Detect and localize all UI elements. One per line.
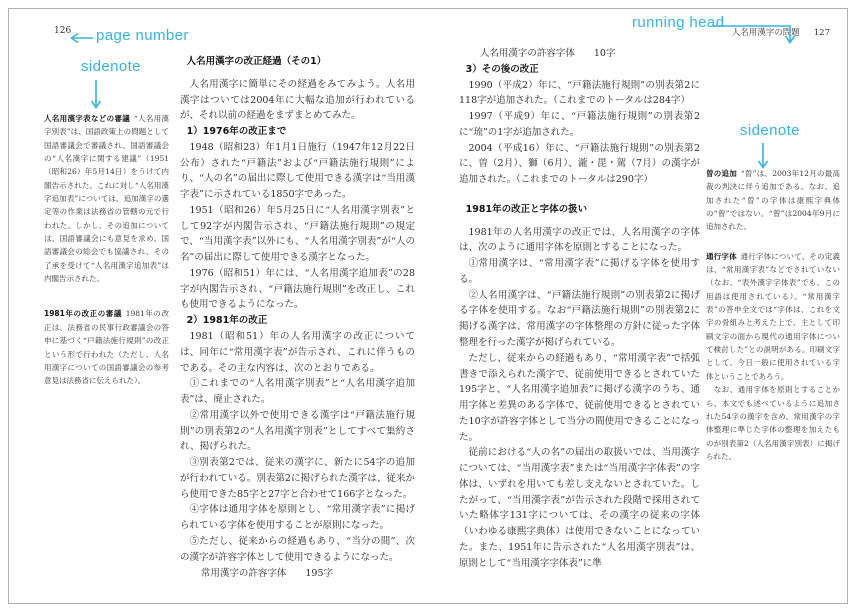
annotation-sidenote-left-label: sidenote (81, 58, 141, 75)
sidenote-column-right: 曽の追加“曽”は、2003年12月の最高裁の判決に伴う追加である。なお、追加され… (706, 167, 840, 463)
sidenote-term: 人名用漢字表などの審議 (44, 114, 130, 123)
page-number-right: 127 (814, 28, 830, 38)
sidenote-term: 通行字体 (706, 252, 737, 261)
main-text-column-left: 人名用漢字の改正経過（その1）人名用漢字に簡単にその経過をみてみよう。人名用漢字… (180, 54, 415, 581)
annotation-page-number-label: page number (96, 27, 189, 44)
text-block-p: ①これまでの“人名用漢字別表”と“人名用漢字追加表”は、廃止された。 (180, 376, 415, 408)
sidenote-term: 1981年の改正の審議 (44, 309, 122, 318)
text-block-subhead: 1）1976年の改正まで (180, 124, 415, 140)
text-block-p: 1990（平成2）年に、“戸籍法施行規則”の別表第2に118字が追加された。（こ… (459, 78, 700, 110)
arrow-left-icon (68, 32, 94, 44)
text-block-p: ③別表第2では、従来の漢字に、新たに54字の追加が行われている。別表第2に掲げら… (180, 455, 415, 502)
text-block-p: ②常用漢字以外で使用できる漢字は“戸籍法施行規則”の別表第2の“人名用漢字別表”… (180, 408, 415, 455)
text-block-p: ④字体は通用字体を原則とし、“常用漢字表”に掲げられている字体を使用することが原… (180, 502, 415, 534)
text-block-p: 従前における“人の名”の届出の取扱いでは、当用漢字については、“当用漢字表”また… (459, 445, 700, 571)
text-block-p: ⑤ただし、従来からの経過もあり、“当分の間”、次の漢字が許容字体として使用できる… (180, 534, 415, 566)
sidenote-column-left: 人名用漢字表などの審議“人名用漢字別表”は、国語政策上の問題として国語審議会で審… (44, 112, 169, 388)
sidenote-entry: 曽の追加“曽”は、2003年12月の最高裁の判決に伴う追加である。なお、追加され… (706, 167, 840, 234)
arrow-down-icon (757, 143, 769, 170)
text-block-subhead: 3）その後の改正 (459, 62, 700, 78)
text-block-heading: 1981年の改正と字体の扱い (459, 202, 700, 218)
text-block-p: 1951（昭和26）年5月25日に“人名用漢字別表”として92字が内閣告示され、… (180, 203, 415, 266)
sidenote-entry: 人名用漢字表などの審議“人名用漢字別表”は、国語政策上の問題として国語審議会で審… (44, 112, 169, 285)
sidenote-entry: 1981年の改正の審議1981年の改正は、法務省の民事行政審議会の答申に基づく“… (44, 307, 169, 387)
text-block-p: 1981年の人名用漢字の改正では、人名用漢字の字体は、次のように通用字体を原則と… (459, 225, 700, 257)
text-block-line: 人名用漢字の許容字体 10字 (459, 46, 700, 62)
text-block-line: 常用漢字の許容字体 195字 (180, 566, 415, 582)
text-block-p: 1997（平成9）年に、“戸籍法施行規則”の別表第2に“琉”の1字が追加された。 (459, 109, 700, 141)
text-block-p: ただし、従来からの経過もあり、“常用漢字表”で括弧書きで添えられた漢字で、従前使… (459, 351, 700, 446)
book-spread: 126 page number sidenote 人名用漢字の問題127 run… (0, 0, 856, 612)
annotation-running-head-label: running head (632, 14, 724, 31)
arrow-corner-down-icon (712, 20, 798, 46)
text-block-p: 1948（昭和23）年1月1日施行（1947年12月22日公布）された“戸籍法”… (180, 140, 415, 203)
text-block-p: 2004（平成16）年に、“戸籍法施行規則”の別表第2に、曽（2月）、獅（6月）… (459, 141, 700, 188)
text-block-p: 人名用漢字に簡単にその経過をみてみよう。人名用漢字はついては2004年に大幅な追… (180, 77, 415, 124)
sidenote-term: 曽の追加 (706, 169, 737, 178)
annotation-sidenote-right-label: sidenote (740, 122, 800, 139)
text-block-subhead: 2）1981年の改正 (180, 313, 415, 329)
text-block-p: ②人名用漢字は、“戸籍法施行規則”の別表第2に掲げる字体を使用する。なお“戸籍法… (459, 288, 700, 351)
text-block-p: 1976（昭和51）年には、“人名用漢字追加表”の28字が内閣告示され、“戸籍法… (180, 266, 415, 313)
text-block-p: ①常用漢字は、“常用漢字表”に掲げる字体を使用する。 (459, 256, 700, 288)
text-block-heading: 人名用漢字の改正経過（その1） (180, 54, 415, 70)
sidenote-entry: 通行字体通行字体について、その定義は、“常用漢字表”などでされていない（なお、“… (706, 250, 840, 464)
text-block-p: 1981（昭和51）年の人名用漢字の改正については、同年に“常用漢字表”が告示さ… (180, 329, 415, 376)
arrow-down-icon (90, 80, 102, 110)
main-text-column-right: 人名用漢字の許容字体 10字3）その後の改正1990（平成2）年に、“戸籍法施行… (459, 46, 700, 572)
